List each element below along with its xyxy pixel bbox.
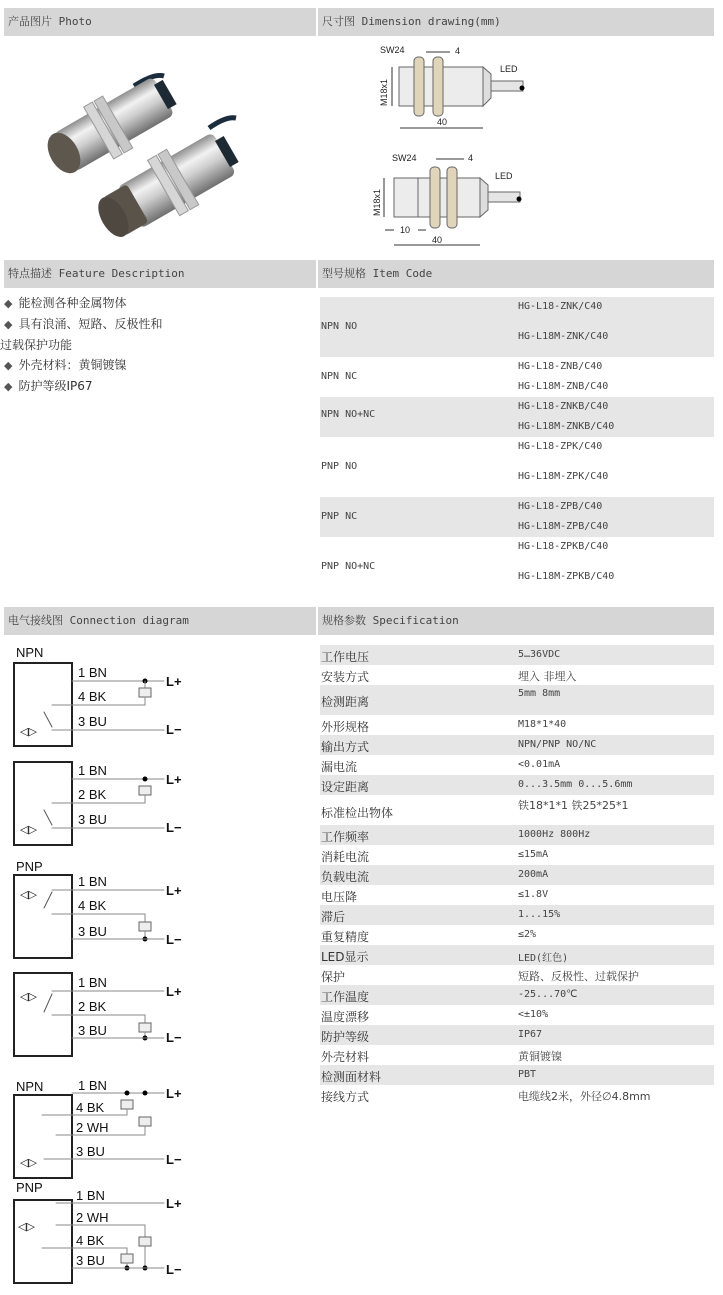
spec-row: 电压降≤1.8V xyxy=(320,885,714,905)
sensor-symbol-icon: ◁▷ xyxy=(20,991,37,1003)
d5-w4: 3 BU xyxy=(76,1144,105,1159)
section-header-specification: 规格参数 Specification xyxy=(318,607,714,635)
spec-value: 铁18*1*1 铁25*25*1 xyxy=(518,797,628,813)
spec-row: 保护短路、反极性、过载保护 xyxy=(320,965,714,985)
sensor-symbol-icon: ◁▷ xyxy=(20,889,37,901)
item-code: HG-L18M-ZPB/C40 xyxy=(518,521,608,532)
spec-row: 漏电流<0.01mA xyxy=(320,755,714,775)
item-code: HG-L18M-ZNB/C40 xyxy=(518,381,608,392)
spec-row: 检测距离5mm 8mm xyxy=(320,685,714,715)
spec-row: 滞后1...15% xyxy=(320,905,714,925)
spec-key: 漏电流 xyxy=(321,758,357,775)
d3-w1: 1 BN xyxy=(78,874,107,889)
spec-value: ≤1.8V xyxy=(518,889,548,900)
item-code-row: NPN NC HG-L18-ZNB/C40 HG-L18M-ZNB/C40 xyxy=(320,357,714,397)
spec-row: 外形规格M18*1*40 xyxy=(320,715,714,735)
spec-row: 安装方式埋入 非埋入 xyxy=(320,665,714,685)
item-code-title-en: Item Code xyxy=(373,267,433,280)
spec-key: 标准检出物体 xyxy=(321,804,393,821)
section-header-feature: 特点描述 Feature Description xyxy=(4,260,316,288)
connection-title-en: Connection diagram xyxy=(70,614,189,627)
spec-row: 重复精度≤2% xyxy=(320,925,714,945)
spec-value: PBT xyxy=(518,1069,536,1080)
bottom-wrench-label: SW24 xyxy=(392,153,417,163)
item-type: NPN NO xyxy=(321,321,357,332)
spec-row: 设定距离0...3.5mm 0...5.6mm xyxy=(320,775,714,795)
d4-lp: L+ xyxy=(166,984,182,999)
feature-text: 具有浪涌、短路、反极性和 xyxy=(18,317,162,331)
spec-key: 检测面材料 xyxy=(321,1068,381,1085)
d2-w2: 2 BK xyxy=(78,787,107,802)
bottom-led-label: LED xyxy=(495,171,513,181)
sensor-symbol-icon: ◁▷ xyxy=(20,726,37,738)
d5-title: NPN xyxy=(16,1079,43,1094)
item-code-title-zh: 型号规格 xyxy=(322,267,366,280)
spec-row: 工作电压5…36VDC xyxy=(320,645,714,665)
d1-w3: 3 BU xyxy=(78,714,107,729)
d3-w3: 3 BU xyxy=(78,924,107,939)
spec-value: 1000Hz 800Hz xyxy=(518,829,590,840)
spec-key: 接线方式 xyxy=(321,1088,369,1105)
sensor-photo-illustration xyxy=(4,38,316,256)
d6-w4: 3 BU xyxy=(76,1253,105,1268)
spec-value: ≤15mA xyxy=(518,849,548,860)
d6-w3: 4 BK xyxy=(76,1233,105,1248)
top-nut-width-label: 4 xyxy=(455,46,460,56)
item-code: HG-L18M-ZPK/C40 xyxy=(518,471,608,482)
spec-key: 安装方式 xyxy=(321,668,369,685)
item-code: HG-L18-ZPKB/C40 xyxy=(518,541,608,552)
item-code: HG-L18M-ZNK/C40 xyxy=(518,331,608,342)
spec-row: 检测面材料PBT xyxy=(320,1065,714,1085)
d4-w3: 3 BU xyxy=(78,1023,107,1038)
spec-key: 外形规格 xyxy=(321,718,369,735)
item-code-row: PNP NO+NC HG-L18-ZPKB/C40 HG-L18M-ZPKB/C… xyxy=(320,537,714,597)
item-type: PNP NO xyxy=(321,461,357,472)
spec-value: <0.01mA xyxy=(518,759,560,770)
spec-value: -25...70℃ xyxy=(518,989,577,1000)
feature-title-zh: 特点描述 xyxy=(8,267,52,280)
diamond-bullet-icon: ◆ xyxy=(4,297,12,310)
spec-row: 消耗电流≤15mA xyxy=(320,845,714,865)
feature-text: 过载保护功能 xyxy=(0,338,72,352)
wiring-diagram-svg: NPN 1 BN L+ 4 BK 3 BU L− ◁▷ 1 BN L+ xyxy=(0,640,200,1295)
d4-w1: 1 BN xyxy=(78,975,107,990)
spec-value: 0...3.5mm 0...5.6mm xyxy=(518,779,632,790)
feature-item: ◆能检测各种金属物体 xyxy=(4,293,314,314)
d2-lm: L− xyxy=(166,820,182,835)
spec-value: NPN/PNP NO/NC xyxy=(518,739,596,750)
spec-key: 设定距离 xyxy=(321,778,369,795)
d6-w2: 2 WH xyxy=(76,1210,109,1225)
d5-lm: L− xyxy=(166,1152,182,1167)
connection-diagrams: NPN 1 BN L+ 4 BK 3 BU L− ◁▷ 1 BN L+ xyxy=(0,640,200,1295)
spec-key: 保护 xyxy=(321,968,345,985)
item-code: HG-L18-ZNK/C40 xyxy=(518,301,602,312)
spec-key: 检测距离 xyxy=(321,693,369,710)
item-type: PNP NC xyxy=(321,511,357,522)
diamond-bullet-icon: ◆ xyxy=(4,318,12,331)
d3-w2: 4 BK xyxy=(78,898,107,913)
d6-w1: 1 BN xyxy=(76,1188,105,1203)
spec-row: 接线方式电缆线2米，外径∅4.8mm xyxy=(320,1085,714,1105)
spec-key: 消耗电流 xyxy=(321,848,369,865)
item-code-row: PNP NC HG-L18-ZPB/C40 HG-L18M-ZPB/C40 xyxy=(320,497,714,537)
spec-row: 温度漂移<±10% xyxy=(320,1005,714,1025)
spec-key: 电压降 xyxy=(321,888,357,905)
product-photo xyxy=(4,38,316,256)
item-code: HG-L18M-ZNKB/C40 xyxy=(518,421,614,432)
d1-lp: L+ xyxy=(166,674,182,689)
specification-title-en: Specification xyxy=(373,614,459,627)
item-code: HG-L18-ZPK/C40 xyxy=(518,441,602,452)
top-length-label: 40 xyxy=(437,117,447,127)
item-code-row: PNP NO HG-L18-ZPK/C40 HG-L18M-ZPK/C40 xyxy=(320,437,714,497)
feature-item: 过载保护功能 xyxy=(0,335,314,355)
spec-value: 短路、反极性、过载保护 xyxy=(518,968,639,984)
specification-title-zh: 规格参数 xyxy=(322,614,366,627)
item-type: NPN NO+NC xyxy=(321,409,375,420)
spec-key: LED显示 xyxy=(321,948,369,965)
d5-lp: L+ xyxy=(166,1086,182,1101)
top-wrench-label: SW24 xyxy=(380,45,405,55)
spec-row: 负载电流200mA xyxy=(320,865,714,885)
spec-value: M18*1*40 xyxy=(518,719,566,730)
spec-value: 埋入 非埋入 xyxy=(518,668,577,684)
dimension-title-en: Dimension drawing(mm) xyxy=(362,15,501,28)
d6-lm: L− xyxy=(166,1262,182,1277)
sensor-symbol-icon: ◁▷ xyxy=(20,1157,37,1169)
spec-value: 5mm 8mm xyxy=(518,688,560,699)
item-type: NPN NC xyxy=(321,371,357,382)
section-header-connection: 电气接线图 Connection diagram xyxy=(4,607,316,635)
feature-title-en: Feature Description xyxy=(59,267,185,280)
item-code: HG-L18M-ZPKB/C40 xyxy=(518,571,614,582)
spec-row: 工作温度-25...70℃ xyxy=(320,985,714,1005)
diamond-bullet-icon: ◆ xyxy=(4,380,12,393)
spec-value: 电缆线2米，外径∅4.8mm xyxy=(518,1088,651,1104)
sensor-symbol-icon: ◁▷ xyxy=(18,1221,35,1233)
spec-key: 工作电压 xyxy=(321,648,369,665)
d2-lp: L+ xyxy=(166,772,182,787)
d2-w3: 3 BU xyxy=(78,812,107,827)
feature-item: ◆具有浪涌、短路、反极性和 xyxy=(4,314,314,335)
spec-row: 标准检出物体铁18*1*1 铁25*25*1 xyxy=(320,795,714,825)
dimension-drawing: SW24 4 LED M18x1 40 SW24 4 LED M18x1 10 xyxy=(360,38,540,256)
spec-value: IP67 xyxy=(518,1029,542,1040)
feature-item: ◆外壳材料：黄铜镀镍 xyxy=(4,355,314,376)
spec-row: 输出方式NPN/PNP NO/NC xyxy=(320,735,714,755)
d1-w2: 4 BK xyxy=(78,689,107,704)
feature-text: 能检测各种金属物体 xyxy=(18,296,126,310)
feature-text: 外壳材料：黄铜镀镍 xyxy=(18,358,126,372)
item-code: HG-L18-ZPB/C40 xyxy=(518,501,602,512)
d3-lm: L− xyxy=(166,932,182,947)
d4-w2: 2 BK xyxy=(78,999,107,1014)
d2-w1: 1 BN xyxy=(78,763,107,778)
spec-key: 温度漂移 xyxy=(321,1008,369,1025)
spec-row: 外壳材料黄铜镀镍 xyxy=(320,1045,714,1065)
d6-title: PNP xyxy=(16,1180,43,1195)
spec-row: LED显示LED(红色) xyxy=(320,945,714,965)
item-code: HG-L18-ZNKB/C40 xyxy=(518,401,608,412)
spec-key: 工作频率 xyxy=(321,828,369,845)
d6-lp: L+ xyxy=(166,1196,182,1211)
spec-value: <±10% xyxy=(518,1009,548,1020)
item-type: PNP NO+NC xyxy=(321,561,375,572)
spec-key: 重复精度 xyxy=(321,928,369,945)
diamond-bullet-icon: ◆ xyxy=(4,359,12,372)
d1-lm: L− xyxy=(166,722,182,737)
spec-value: LED(红色) xyxy=(518,949,568,964)
feature-text: 防护等级IP67 xyxy=(18,379,92,393)
d5-w1: 1 BN xyxy=(78,1078,107,1093)
d4-lm: L− xyxy=(166,1030,182,1045)
top-thread-label: M18x1 xyxy=(379,79,389,106)
section-header-dimension: 尺寸图 Dimension drawing(mm) xyxy=(318,8,714,36)
photo-title-en: Photo xyxy=(59,15,92,28)
dimension-drawing-svg: SW24 4 LED M18x1 40 SW24 4 LED M18x1 10 xyxy=(360,38,540,256)
photo-title-zh: 产品图片 xyxy=(8,15,52,28)
spec-key: 负载电流 xyxy=(321,868,369,885)
item-code-row: NPN NO HG-L18-ZNK/C40 HG-L18M-ZNK/C40 xyxy=(320,297,714,357)
spec-value: 5…36VDC xyxy=(518,649,560,660)
bottom-length-label: 40 xyxy=(432,235,442,245)
bottom-thread-label: M18x1 xyxy=(372,189,382,216)
d1-w1: 1 BN xyxy=(78,665,107,680)
spec-key: 外壳材料 xyxy=(321,1048,369,1065)
spec-key: 输出方式 xyxy=(321,738,369,755)
spec-value: 1...15% xyxy=(518,909,560,920)
spec-key: 防护等级 xyxy=(321,1028,369,1045)
spec-key: 工作温度 xyxy=(321,988,369,1005)
item-code: HG-L18-ZNB/C40 xyxy=(518,361,602,372)
spec-key: 滞后 xyxy=(321,908,345,925)
spec-value: 黄铜镀镍 xyxy=(518,1048,562,1064)
section-header-item-code: 型号规格 Item Code xyxy=(318,260,714,288)
item-code-row: NPN NO+NC HG-L18-ZNKB/C40 HG-L18M-ZNKB/C… xyxy=(320,397,714,437)
feature-list: ◆能检测各种金属物体 ◆具有浪涌、短路、反极性和 过载保护功能 ◆外壳材料：黄铜… xyxy=(4,293,314,397)
spec-value: 200mA xyxy=(518,869,548,880)
d5-w2: 4 BK xyxy=(76,1100,105,1115)
d3-title: PNP xyxy=(16,859,43,874)
d5-w3: 2 WH xyxy=(76,1120,109,1135)
d3-lp: L+ xyxy=(166,883,182,898)
top-led-label: LED xyxy=(500,64,518,74)
spec-row: 防护等级IP67 xyxy=(320,1025,714,1045)
spec-value: ≤2% xyxy=(518,929,536,940)
feature-item: ◆防护等级IP67 xyxy=(4,376,314,397)
d1-title: NPN xyxy=(16,645,43,660)
dimension-title-zh: 尺寸图 xyxy=(322,15,355,28)
spec-row: 工作频率1000Hz 800Hz xyxy=(320,825,714,845)
bottom-nut-width-label: 4 xyxy=(468,153,473,163)
sensor-symbol-icon: ◁▷ xyxy=(20,824,37,836)
connection-title-zh: 电气接线图 xyxy=(8,614,63,627)
bottom-cap-label: 10 xyxy=(400,225,410,235)
section-header-photo: 产品图片 Photo xyxy=(4,8,316,36)
